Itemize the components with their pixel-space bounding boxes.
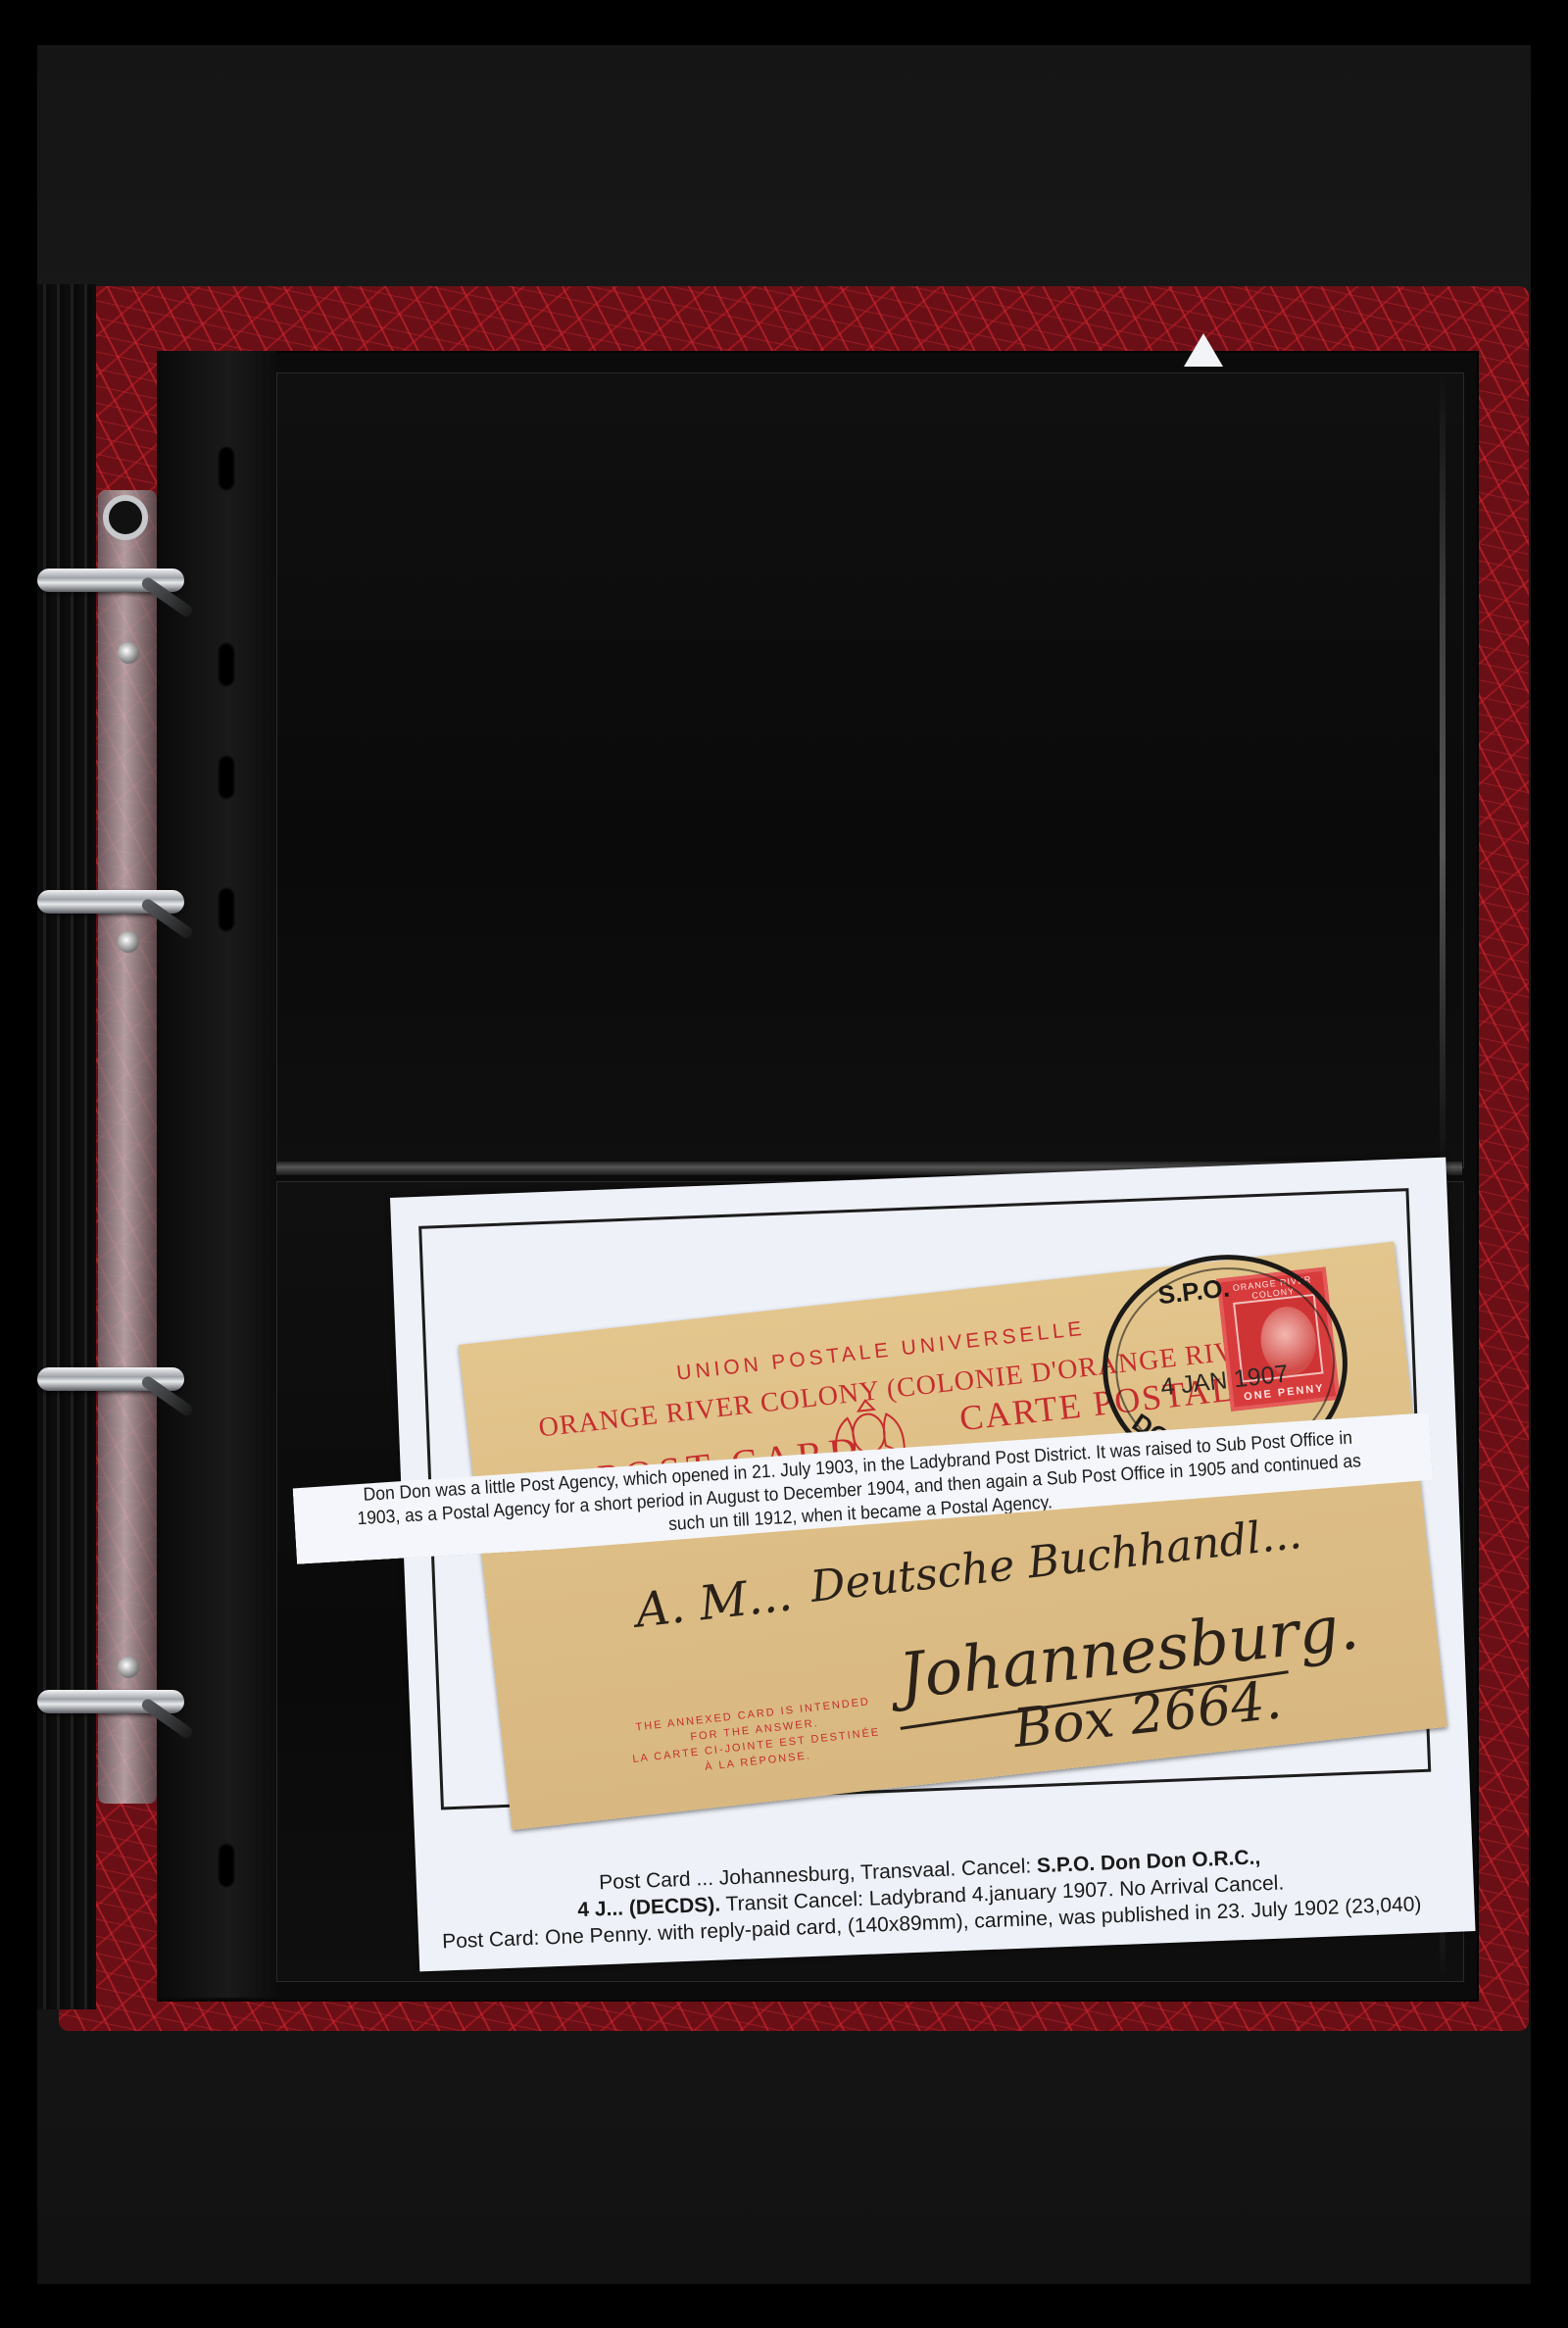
binder-ring — [37, 890, 184, 914]
reply-card-note: THE ANNEXED CARD IS INTENDED FOR THE ANS… — [628, 1693, 883, 1783]
binder-spine-pages — [37, 284, 96, 2009]
rivet-icon — [118, 1657, 139, 1678]
ring-mechanism — [98, 490, 157, 1804]
grommet-icon — [103, 495, 148, 540]
binder-ring — [37, 1367, 184, 1391]
leaf-caption: Post Card ... Johannesburg, Transvaal. C… — [426, 1838, 1436, 1956]
binder-ring — [37, 569, 184, 592]
punch-hole — [218, 755, 235, 800]
rivet-icon — [118, 642, 139, 664]
punch-hole — [218, 887, 235, 932]
punch-hole — [218, 642, 235, 687]
punch-hole — [218, 1843, 235, 1888]
handwriting-addressee: A. M... — [633, 1566, 795, 1638]
rivet-icon — [118, 931, 139, 953]
binder-ring — [37, 1690, 184, 1713]
punch-hole — [218, 446, 235, 491]
pocket-top-empty[interactable] — [276, 372, 1464, 1168]
page-corner-tab — [1184, 333, 1223, 367]
handwriting-firm: Deutsche Buchhandl... — [808, 1509, 1304, 1612]
